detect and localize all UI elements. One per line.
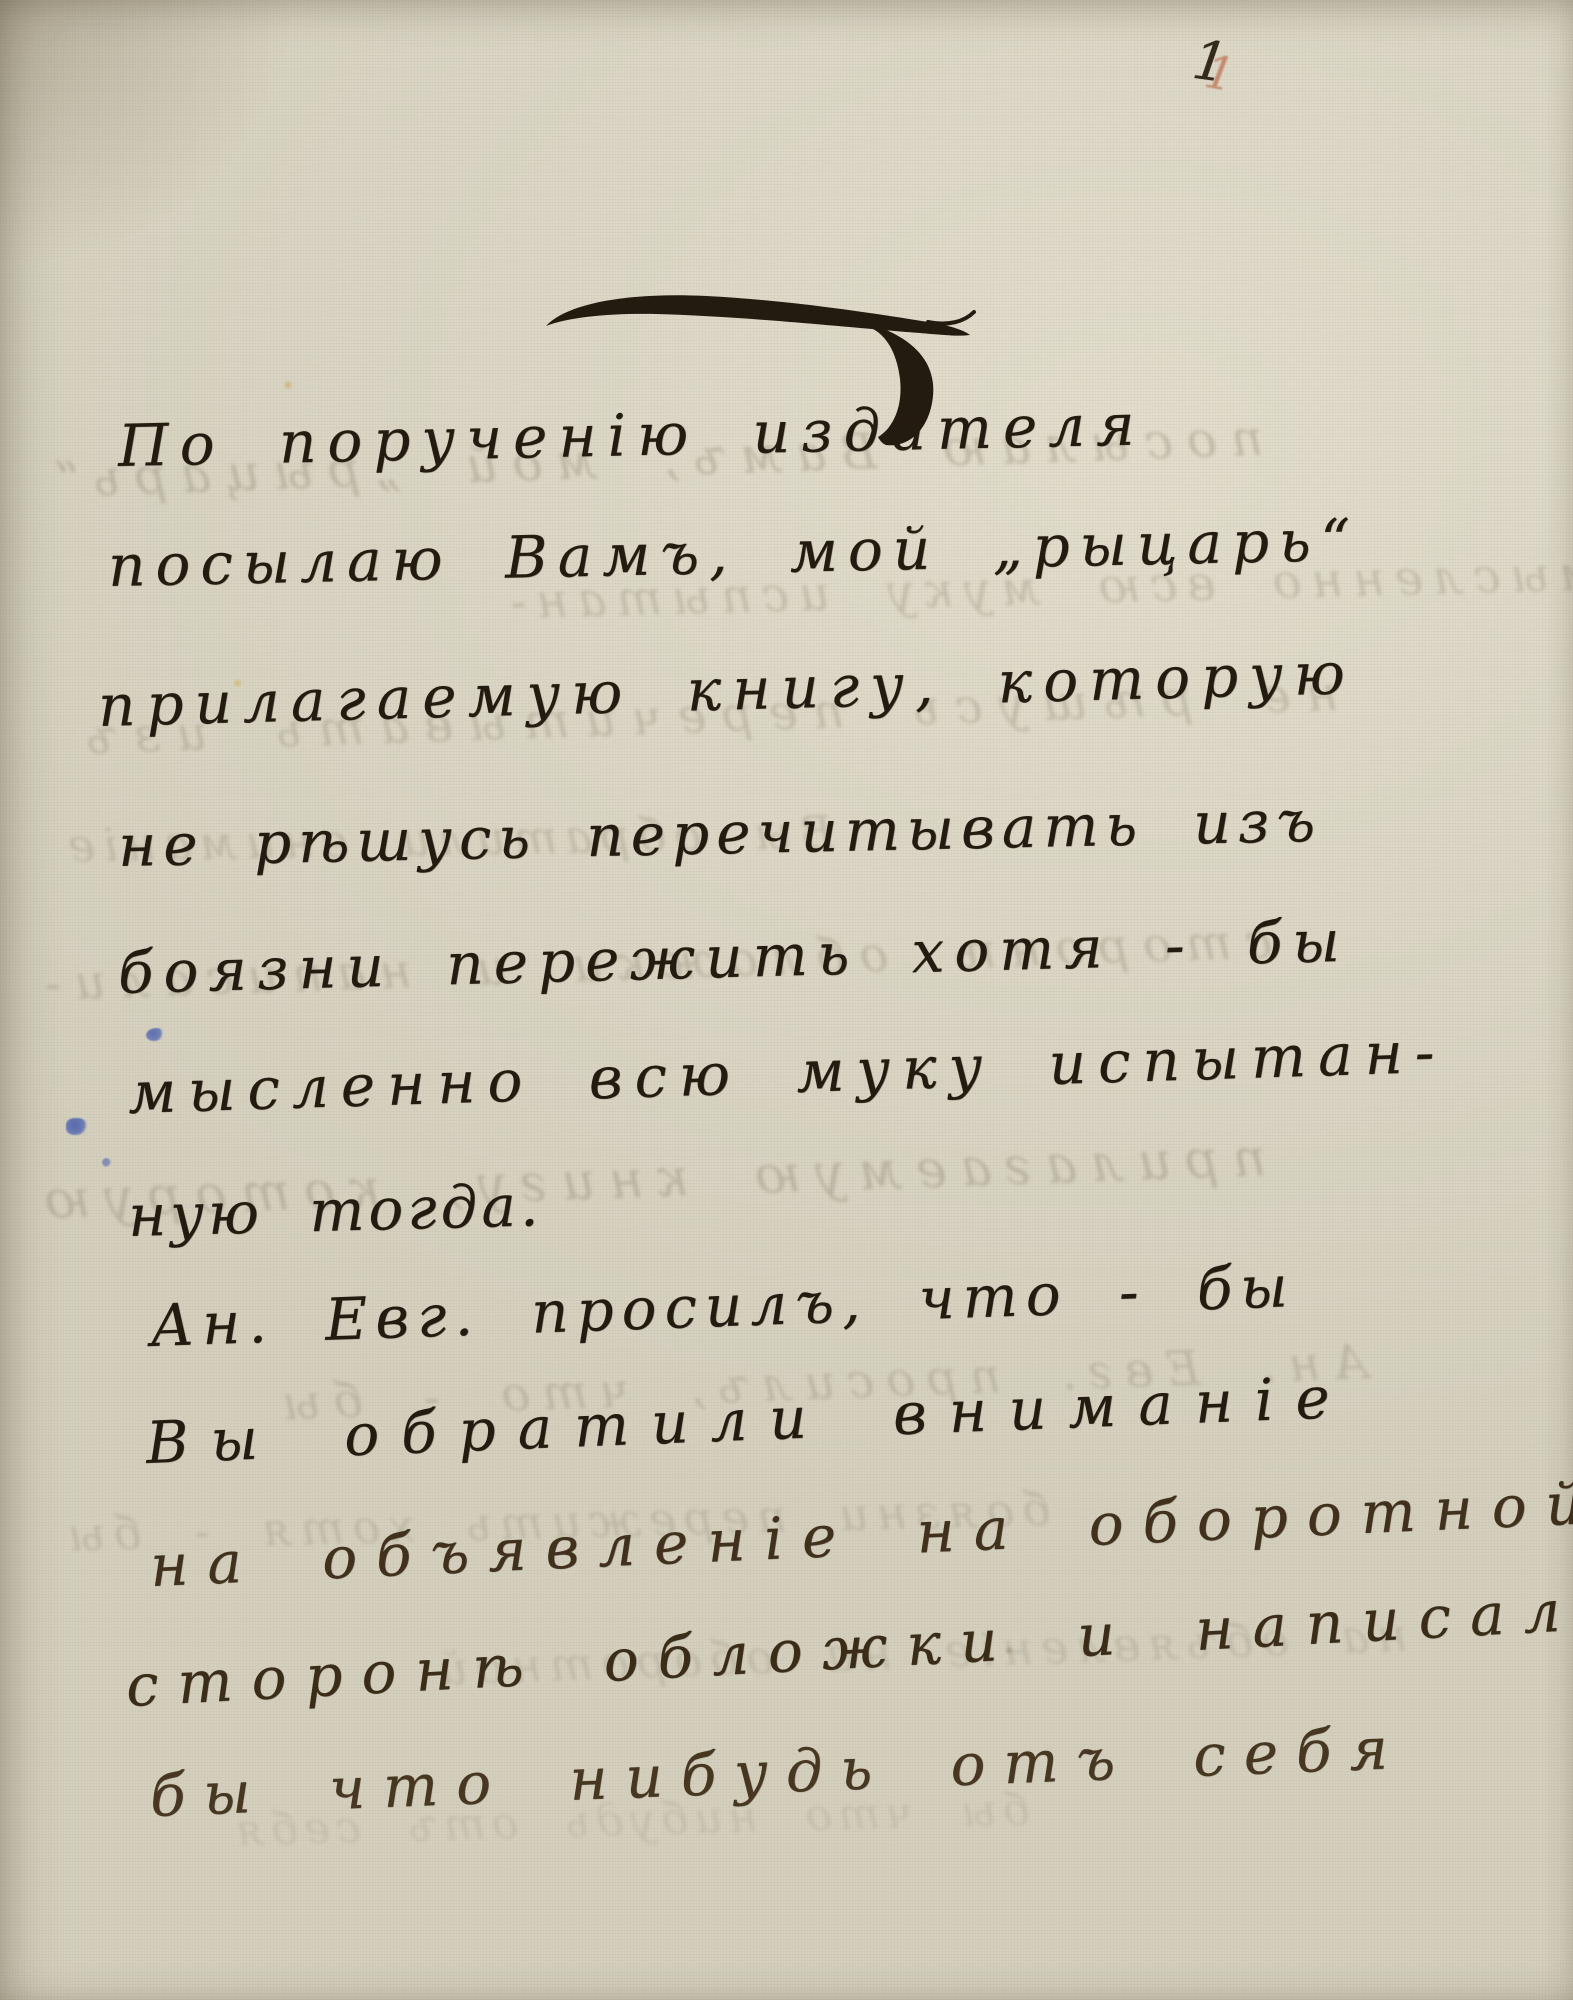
manuscript-line-10: на объявленіе на оборотной [149,1469,1573,1600]
manuscript-line-9: Вы обратили вниманіе [145,1363,1353,1477]
letter-page: 1 1 посылаю Вамъ, мой „рыцарь“ мысленно … [0,0,1573,2000]
page-number: 1 1 [1185,30,1255,110]
manuscript-line-7: ную тогда. [127,1171,543,1250]
manuscript-line-5: боязни пережить хотя - бы [117,907,1350,1007]
manuscript-line-4: не рѣшусь перечитывать изъ [117,787,1322,880]
blue-ink-speck [102,1158,111,1167]
manuscript-line-11: сторонѣ обложки и написали- [124,1571,1573,1720]
blue-ink-speck [66,1118,88,1135]
paper-corner-shadow [0,0,420,380]
paper-stain [282,380,294,390]
blue-ink-speck [146,1028,164,1041]
manuscript-line-2: посылаю Вамъ, мой „рыцарь“ [107,506,1361,600]
manuscript-line-8: Ан. Евг. просилъ, что - бы [149,1252,1297,1360]
manuscript-line-6: мысленно всю муку испытан- [127,1018,1447,1127]
manuscript-line-12: бы что нибудь отъ себя [149,1714,1407,1830]
manuscript-line-3: прилагаемую книгу, которую [97,639,1356,740]
